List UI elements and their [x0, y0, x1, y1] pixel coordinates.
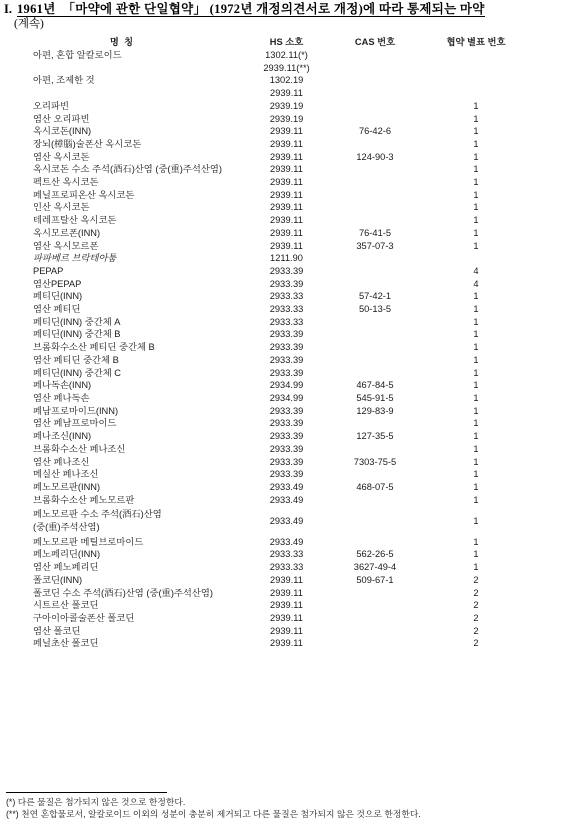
schedule-number: 1	[420, 316, 532, 329]
hs-subheading: 2933.39	[243, 443, 330, 456]
cas-number: 76-42-6	[330, 125, 420, 138]
substance-name: 염산PEPAP	[0, 278, 243, 291]
hs-subheading: 2933.39	[243, 278, 330, 291]
hs-subheading: 2933.33	[243, 548, 330, 561]
hs-subheading: 2939.11	[243, 599, 330, 612]
schedule-number: 4	[420, 278, 532, 291]
table-row: 페나독손(INN) 2934.99 467-84-5 1	[0, 379, 535, 392]
substance-name: 염산 페티딘 중간체 B	[0, 354, 243, 367]
table-row: 페나조신(INN) 2933.39 127-35-5 1	[0, 430, 535, 443]
cas-number: 124-90-3	[330, 151, 420, 164]
cas-number: 545-91-5	[330, 392, 420, 405]
hs-subheading: 2934.99	[243, 379, 330, 392]
schedule-number: 1	[420, 214, 532, 227]
table-row: 파파베르 브락테아툼 1211.90	[0, 252, 535, 265]
substance-name: 옥시코돈(INN)	[0, 125, 243, 138]
substance-name: 페나조신(INN)	[0, 430, 243, 443]
substance-name: 폴코딘(INN)	[0, 574, 243, 587]
substance-name: 메실산 페나조신	[0, 468, 243, 481]
table-row: 염산 페남프로마이드 2933.39 1	[0, 417, 535, 430]
hs-subheading: 2933.39	[243, 417, 330, 430]
hs-subheading: 2933.33	[243, 561, 330, 574]
hs-subheading: 2933.49	[243, 494, 330, 507]
table-row: 염산 페티딘 중간체 B 2933.39 1	[0, 354, 535, 367]
cas-number: 50-13-5	[330, 303, 420, 316]
schedule-number: 1	[420, 113, 532, 126]
schedule-number: 1	[420, 367, 532, 380]
cas-number: 127-35-5	[330, 430, 420, 443]
table-row: 페남프로마이드(INN) 2933.39 129-83-9 1	[0, 405, 535, 418]
table-row: 장뇌(樟腦)술폰산 옥시코돈 2939.11 1	[0, 138, 535, 151]
schedule-number: 1	[420, 494, 532, 507]
substance-name: 페노페리딘(INN)	[0, 548, 243, 561]
substance-name: 아편, 조제한 것	[0, 74, 243, 87]
substance-name: 테레프탈산 옥시코돈	[0, 214, 243, 227]
hs-subheading: 2939.11	[243, 189, 330, 202]
hs-subheading: 2933.39	[243, 354, 330, 367]
substance-name: 펙트산 옥시코돈	[0, 176, 243, 189]
section-title: I.1961년 「마약에 관한 단일협약」 (1972년 개정의견서로 개정)에…	[4, 2, 561, 32]
hs-subheading: 2933.49	[243, 515, 330, 528]
hs-subheading: 1211.90	[243, 252, 330, 265]
hs-subheading: 2939.11	[243, 637, 330, 650]
hs-subheading: 2933.39	[243, 341, 330, 354]
hs-subheading: 2933.39	[243, 430, 330, 443]
substance-name: 염산 페남프로마이드	[0, 417, 243, 430]
substance-name: 페닐프로피온산 옥시코돈	[0, 189, 243, 202]
substance-name: 페노모르판(INN)	[0, 481, 243, 494]
schedule-number: 1	[420, 515, 532, 528]
column-header-cas: CAS 번호	[330, 36, 420, 49]
hs-subheading: 2933.39	[243, 456, 330, 469]
substance-name: 염산 페나독손	[0, 392, 243, 405]
schedule-number: 1	[420, 417, 532, 430]
table-row: 폴코딘(INN) 2939.11 509-67-1 2	[0, 574, 535, 587]
schedule-number: 1	[420, 468, 532, 481]
schedule-number: 1	[420, 354, 532, 367]
schedule-number: 1	[420, 100, 532, 113]
table-row: 페닐초산 폴코딘 2939.11 2	[0, 637, 535, 650]
schedule-number: 1	[420, 379, 532, 392]
schedule-number: 1	[420, 341, 532, 354]
cas-number: 509-67-1	[330, 574, 420, 587]
hs-subheading: 2939.11	[243, 214, 330, 227]
table-row: 페티딘(INN) 2933.33 57-42-1 1	[0, 290, 535, 303]
substance-name: 페티딘(INN) 중간체 C	[0, 367, 243, 380]
hs-subheading: 2939.19	[243, 100, 330, 113]
schedule-number: 1	[420, 227, 532, 240]
hs-subheading: 2933.39	[243, 367, 330, 380]
substance-name: 페티딘(INN) 중간체 B	[0, 328, 243, 341]
hs-subheading: 2939.11	[243, 176, 330, 189]
substance-name: 페티딘(INN)	[0, 290, 243, 303]
table-row: 염산 페티딘 2933.33 50-13-5 1	[0, 303, 535, 316]
substance-name: 페노모르판 메틸브로마이드	[0, 536, 243, 549]
continued-label: (계속)	[4, 17, 561, 32]
hs-subheading: 2933.39	[243, 265, 330, 278]
substance-name: 염산 옥시코돈	[0, 151, 243, 164]
hs-subheading: 2939.11	[243, 201, 330, 214]
schedule-number: 1	[420, 443, 532, 456]
hs-subheading: 2939.11	[243, 163, 330, 176]
hs-subheading: 2933.33	[243, 303, 330, 316]
table-row: 페노페리딘(INN) 2933.33 562-26-5 1	[0, 548, 535, 561]
table-row: 염산 옥시코돈 2939.11 124-90-3 1	[0, 151, 535, 164]
substance-name: 페남프로마이드(INN)	[0, 405, 243, 418]
cas-number: 129-83-9	[330, 405, 420, 418]
table-row: PEPAP 2933.39 4	[0, 265, 535, 278]
substance-name: 오리파빈	[0, 100, 243, 113]
schedule-number: 2	[420, 612, 532, 625]
hs-subheading: 2934.99	[243, 392, 330, 405]
table-row: 옥시코돈(INN) 2939.11 76-42-6 1	[0, 125, 535, 138]
schedule-number: 1	[420, 548, 532, 561]
section-numeral: I.	[4, 2, 12, 16]
table-row: 구아이아콜술폰산 폴코딘 2939.11 2	[0, 612, 535, 625]
substance-name: 아편, 혼합 알칼로이드	[0, 49, 243, 62]
schedule-number: 1	[420, 201, 532, 214]
schedule-number: 1	[420, 151, 532, 164]
substance-name: 염산 폴코딘	[0, 625, 243, 638]
table-row: 염산 옥시모르폰 2939.11 357-07-3 1	[0, 240, 535, 253]
substance-name: 염산 페나조신	[0, 456, 243, 469]
cas-number: 562-26-5	[330, 548, 420, 561]
hs-subheading: 2939.11	[243, 612, 330, 625]
substance-name: 염산 페노페리딘	[0, 561, 243, 574]
substance-name: 염산 오리파빈	[0, 113, 243, 126]
substance-name: 장뇌(樟腦)술폰산 옥시코돈	[0, 138, 243, 151]
table-row: 페티딘(INN) 중간체 B 2933.39 1	[0, 328, 535, 341]
hs-subheading: 2939.11	[243, 151, 330, 164]
substance-name: 브롬화수소산 페나조신	[0, 443, 243, 456]
hs-subheading: 2939.11	[243, 227, 330, 240]
table-row: 시트르산 폴코딘 2939.11 2	[0, 599, 535, 612]
table-row: 옥시모르폰(INN) 2939.11 76-41-5 1	[0, 227, 535, 240]
hs-subheading: 2933.33	[243, 290, 330, 303]
table-row: 옥시코돈 수소 주석(酒石)산염 (중(重)주석산염) 2939.11 1	[0, 163, 535, 176]
table-header-row: 명 칭 HS 소호 CAS 번호 협약 별표 번호	[0, 36, 535, 49]
hs-subheading: 2933.49	[243, 481, 330, 494]
table-row: 염산PEPAP 2933.39 4	[0, 278, 535, 291]
schedule-number: 1	[420, 303, 532, 316]
substance-name: 구아이아콜술폰산 폴코딘	[0, 612, 243, 625]
table-row: 폴코딘 수소 주석(酒石)산염 (중(重)주석산염) 2939.11 2	[0, 587, 535, 600]
table-row: 아편, 혼합 알칼로이드 1302.11(*)2939.11(**)	[0, 49, 535, 74]
substance-name: 페닐초산 폴코딘	[0, 637, 243, 650]
hs-subheading: 2939.11	[243, 125, 330, 138]
substance-name: 옥시모르폰(INN)	[0, 227, 243, 240]
substance-name: 폴코딘 수소 주석(酒石)산염 (중(重)주석산염)	[0, 587, 243, 600]
narcotics-table: 명 칭 HS 소호 CAS 번호 협약 별표 번호 아편, 혼합 알칼로이드 1…	[0, 36, 535, 650]
table-row: 오리파빈 2939.19 1	[0, 100, 535, 113]
schedule-number: 1	[420, 405, 532, 418]
hs-subheading: 2933.39	[243, 328, 330, 341]
schedule-number: 1	[420, 240, 532, 253]
substance-name: 브롬화수소산 페노모르판	[0, 494, 243, 507]
table-row: 인산 옥시코돈 2939.11 1	[0, 201, 535, 214]
hs-subheading: 2939.11	[243, 574, 330, 587]
table-row: 페닐프로피온산 옥시코돈 2939.11 1	[0, 189, 535, 202]
schedule-number: 1	[420, 290, 532, 303]
schedule-number: 1	[420, 189, 532, 202]
schedule-number: 2	[420, 637, 532, 650]
schedule-number: 1	[420, 138, 532, 151]
cas-number: 57-42-1	[330, 290, 420, 303]
table-row: 테레프탈산 옥시코돈 2939.11 1	[0, 214, 535, 227]
substance-name: 페나독손(INN)	[0, 379, 243, 392]
section-title-text: 1961년 「마약에 관한 단일협약」 (1972년 개정의견서로 개정)에 따…	[17, 2, 485, 17]
table-row: 브롬화수소산 페노모르판 2933.49 1	[0, 494, 535, 507]
footnotes: (*) 다른 물질은 첨가되지 않은 것으로 한정한다. (**) 천연 혼합물…	[6, 796, 562, 820]
substance-name: 옥시코돈 수소 주석(酒石)산염 (중(重)주석산염)	[0, 163, 243, 176]
hs-subheading: 2933.39	[243, 468, 330, 481]
hs-subheading: 2933.49	[243, 536, 330, 549]
cas-number: 357-07-3	[330, 240, 420, 253]
table-row: 펙트산 옥시코돈 2939.11 1	[0, 176, 535, 189]
schedule-number: 1	[420, 176, 532, 189]
table-row: 염산 페나조신 2933.39 7303-75-5 1	[0, 456, 535, 469]
hs-subheading: 2939.11	[243, 587, 330, 600]
schedule-number: 1	[420, 430, 532, 443]
schedule-number: 2	[420, 599, 532, 612]
table-row: 페티딘(INN) 중간체 C 2933.39 1	[0, 367, 535, 380]
hs-subheading: 2939.11	[243, 138, 330, 151]
schedule-number: 2	[420, 625, 532, 638]
schedule-number: 1	[420, 536, 532, 549]
hs-subheading: 1302.192939.11	[243, 74, 330, 99]
hs-subheading: 2933.33	[243, 316, 330, 329]
substance-name: 시트르산 폴코딘	[0, 599, 243, 612]
table-row: 염산 페나독손 2934.99 545-91-5 1	[0, 392, 535, 405]
table-body: 아편, 혼합 알칼로이드 1302.11(*)2939.11(**) 아편, 조…	[0, 49, 535, 650]
table-row: 메실산 페나조신 2933.39 1	[0, 468, 535, 481]
hs-subheading: 2939.11	[243, 625, 330, 638]
cas-number: 7303-75-5	[330, 456, 420, 469]
schedule-number: 2	[420, 587, 532, 600]
column-header-schedule: 협약 별표 번호	[420, 36, 532, 49]
table-row: 염산 페노페리딘 2933.33 3627-49-4 1	[0, 561, 535, 574]
footnote-single-asterisk: (*) 다른 물질은 첨가되지 않은 것으로 한정한다.	[6, 796, 562, 808]
schedule-number: 1	[420, 481, 532, 494]
table-row: 염산 오리파빈 2939.19 1	[0, 113, 535, 126]
table-row: 염산 폴코딘 2939.11 2	[0, 625, 535, 638]
schedule-number: 1	[420, 392, 532, 405]
table-row: 브롬화수소산 페나조신 2933.39 1	[0, 443, 535, 456]
substance-name: 페노모르판 수소 주석(酒石)산염(중(重)주석산염)	[0, 508, 243, 533]
table-row: 페노모르판(INN) 2933.49 468-07-5 1	[0, 481, 535, 494]
schedule-number: 1	[420, 328, 532, 341]
hs-subheading: 2933.39	[243, 405, 330, 418]
schedule-number: 2	[420, 574, 532, 587]
substance-name: 인산 옥시코돈	[0, 201, 243, 214]
schedule-number: 1	[420, 561, 532, 574]
schedule-number: 4	[420, 265, 532, 278]
table-row: 아편, 조제한 것 1302.192939.11	[0, 74, 535, 99]
substance-name: 염산 옥시모르폰	[0, 240, 243, 253]
column-header-hs: HS 소호	[243, 36, 330, 49]
footnote-divider	[6, 792, 167, 793]
cas-number: 468-07-5	[330, 481, 420, 494]
document-page: I.1961년 「마약에 관한 단일협약」 (1972년 개정의견서로 개정)에…	[0, 0, 565, 826]
substance-name: 파파베르 브락테아툼	[0, 252, 243, 265]
substance-name: 브롬화수소산 페티딘 중간체 B	[0, 341, 243, 354]
schedule-number: 1	[420, 163, 532, 176]
table-row: 브롬화수소산 페티딘 중간체 B 2933.39 1	[0, 341, 535, 354]
schedule-number: 1	[420, 125, 532, 138]
hs-subheading: 1302.11(*)2939.11(**)	[243, 49, 330, 74]
cas-number: 467-84-5	[330, 379, 420, 392]
section-title-line: I.1961년 「마약에 관한 단일협약」 (1972년 개정의견서로 개정)에…	[4, 2, 561, 17]
table-row: 페노모르판 메틸브로마이드 2933.49 1	[0, 536, 535, 549]
substance-name: PEPAP	[0, 265, 243, 278]
hs-subheading: 2939.19	[243, 113, 330, 126]
substance-name: 페티딘(INN) 중간체 A	[0, 316, 243, 329]
table-row: 페노모르판 수소 주석(酒石)산염(중(重)주석산염) 2933.49 1	[0, 506, 535, 535]
hs-subheading: 2939.11	[243, 240, 330, 253]
cas-number: 76-41-5	[330, 227, 420, 240]
column-header-name: 명 칭	[0, 36, 243, 49]
substance-name: 염산 페티딘	[0, 303, 243, 316]
schedule-number: 1	[420, 456, 532, 469]
cas-number: 3627-49-4	[330, 561, 420, 574]
footnote-double-asterisk: (**) 천연 혼합물로서, 알칼로이드 이외의 성분이 충분히 제거되고 다른…	[6, 808, 562, 820]
table-row: 페티딘(INN) 중간체 A 2933.33 1	[0, 316, 535, 329]
